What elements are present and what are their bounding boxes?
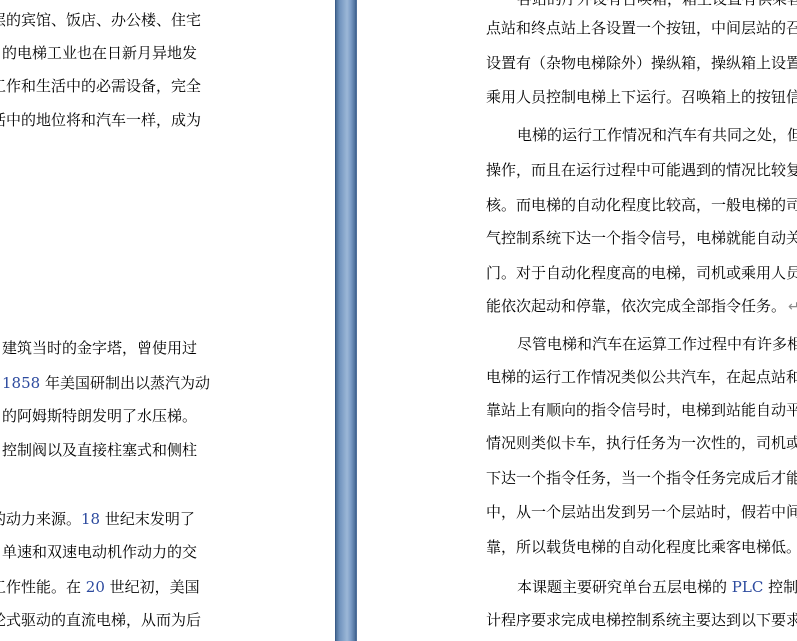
document-view: 层的宾馆、饭店、办公楼、住宅的电梯工业也在日新月异地发工作和生活中的必需设备，完… xyxy=(0,0,797,641)
text-segment: 轮式驱动的直流电梯，从而为后 xyxy=(0,611,201,629)
text-line[interactable]: 本课题主要研究单台五层电梯的 PLC 控制 xyxy=(517,578,797,597)
text-line[interactable]: 的阿姆斯特朗发明了水压梯。 xyxy=(2,407,197,426)
text-segment: 靠，所以载货电梯的自动化程度比乘客电梯低。 xyxy=(486,538,797,556)
text-line[interactable]: 点站和终点站上各设置一个按钮，中间层站的召唤 xyxy=(486,19,797,38)
text-segment: 建筑当时的金字塔，曾使用过 xyxy=(2,339,197,357)
text-segment: 门。对于自动化程度高的电梯，司机或乘用人员只 xyxy=(486,264,797,282)
text-line[interactable]: 层的宾馆、饭店、办公楼、住宅 xyxy=(0,11,201,30)
text-segment: 单速和双速电动机作动力的交 xyxy=(2,543,197,561)
text-line[interactable]: 电梯的运行工作情况和汽车有共同之处，但 xyxy=(517,126,797,145)
text-segment: 世纪末发明了 xyxy=(100,510,195,528)
text-segment: 情况则类似卡车，执行任务为一次性的，司机或 xyxy=(486,434,797,452)
text-segment: 计程序要求完成电梯控制系统主要达到以下要求 xyxy=(486,611,797,629)
text-segment: 工作和生活中的必需设备，完全 xyxy=(0,77,201,95)
text-segment: 操作，而且在运行过程中可能遇到的情况比较复杂 xyxy=(486,161,797,179)
text-line[interactable]: 操作，而且在运行过程中可能遇到的情况比较复杂 xyxy=(486,161,797,180)
text-line[interactable]: 设置有（杂物电梯除外）操纵箱，操纵箱上设置有 xyxy=(486,54,797,73)
page-divider xyxy=(335,0,357,641)
text-line[interactable]: 尽管电梯和汽车在运算工作过程中有许多相 xyxy=(517,335,797,354)
text-line[interactable]: 靠，所以载货电梯的自动化程度比乘客电梯低。 xyxy=(486,538,797,557)
text-segment: 气控制系统下达一个指令信号，电梯就能自动关 xyxy=(486,229,797,247)
text-line[interactable]: 1858 年美国研制出以蒸汽为动 xyxy=(2,374,210,393)
text-line[interactable]: 情况则类似卡车，执行任务为一次性的，司机或 xyxy=(486,434,797,453)
text-segment: 1858 xyxy=(2,374,40,392)
text-line[interactable]: 轮式驱动的直流电梯，从而为后 xyxy=(0,611,201,630)
text-line[interactable]: 中，从一个层站出发到另一个层站时，假若中间 xyxy=(486,503,797,522)
text-segment: 乘用人员控制电梯上下运行。召唤箱上的按钮信号 xyxy=(486,88,797,106)
text-segment: 世纪初，美国 xyxy=(105,578,200,596)
text-line[interactable]: 各站的厅外设有召唤箱，箱上设置有供乘客 xyxy=(517,0,797,9)
text-segment: 18 xyxy=(81,510,100,528)
paragraph-mark-icon: ↵ xyxy=(786,299,797,315)
text-line[interactable]: 能依次起动和停靠，依次完成全部指令任务。↵ xyxy=(486,297,797,317)
text-segment: 能依次起动和停靠，依次完成全部指令任务。 xyxy=(486,297,786,315)
text-segment: 电梯的运行工作情况类似公共汽车，在起点站和停 xyxy=(486,368,797,386)
text-line[interactable]: 靠站上有顺向的指令信号时，电梯到站能自动平稳 xyxy=(486,401,797,420)
text-segment: 本课题主要研究单台五层电梯的 xyxy=(517,578,732,596)
text-segment: 尽管电梯和汽车在运算工作过程中有许多相 xyxy=(517,335,797,353)
text-segment: 层的宾馆、饭店、办公楼、住宅 xyxy=(0,11,201,29)
text-line[interactable]: 的电梯工业也在日新月异地发 xyxy=(2,44,197,63)
text-line[interactable]: 计程序要求完成电梯控制系统主要达到以下要求 xyxy=(486,611,797,630)
text-segment: 控制阀以及直接柱塞式和侧柱 xyxy=(2,441,197,459)
text-segment: 核。而电梯的自动化程度比较高，一般电梯的司机 xyxy=(486,196,797,214)
text-segment: 控制 xyxy=(763,578,797,596)
text-line[interactable]: 门。对于自动化程度高的电梯，司机或乘用人员只 xyxy=(486,264,797,283)
text-segment: PLC xyxy=(732,578,764,596)
text-line[interactable]: 乘用人员控制电梯上下运行。召唤箱上的按钮信号 xyxy=(486,88,797,107)
text-segment: 靠站上有顺向的指令信号时，电梯到站能自动平稳 xyxy=(486,401,797,419)
text-line[interactable]: 气控制系统下达一个指令信号，电梯就能自动关 xyxy=(486,229,797,248)
text-segment: 20 xyxy=(86,578,105,596)
right-page[interactable]: 各站的厅外设有召唤箱，箱上设置有供乘客点站和终点站上各设置一个按钮，中间层站的召… xyxy=(357,0,797,641)
text-segment: 的电梯工业也在日新月异地发 xyxy=(2,44,197,62)
text-segment: 的动力来源。 xyxy=(0,510,81,528)
left-page[interactable]: 层的宾馆、饭店、办公楼、住宅的电梯工业也在日新月异地发工作和生活中的必需设备，完… xyxy=(0,0,335,641)
text-segment: 设置有（杂物电梯除外）操纵箱，操纵箱上设置有 xyxy=(486,54,797,72)
text-segment: 下达一个指令任务，当一个指令任务完成后才能 xyxy=(486,469,797,487)
text-segment: 电梯的运行工作情况和汽车有共同之处，但 xyxy=(517,126,797,144)
text-line[interactable]: 电梯的运行工作情况类似公共汽车，在起点站和停 xyxy=(486,368,797,387)
text-segment: 各站的厅外设有召唤箱，箱上设置有供乘客 xyxy=(517,0,797,8)
text-line[interactable]: 下达一个指令任务，当一个指令任务完成后才能 xyxy=(486,469,797,488)
text-line[interactable]: 工作性能。在 20 世纪初，美国 xyxy=(0,578,200,597)
text-line[interactable]: 工作和生活中的必需设备，完全 xyxy=(0,77,201,96)
text-segment: 中，从一个层站出发到另一个层站时，假若中间 xyxy=(486,503,797,521)
text-segment: 活中的地位将和汽车一样，成为 xyxy=(0,111,201,129)
text-line[interactable]: 控制阀以及直接柱塞式和侧柱 xyxy=(2,441,197,460)
text-line[interactable]: 活中的地位将和汽车一样，成为 xyxy=(0,111,201,130)
text-line[interactable]: 的动力来源。18 世纪末发明了 xyxy=(0,510,195,529)
text-line[interactable]: 单速和双速电动机作动力的交 xyxy=(2,543,197,562)
text-line[interactable]: 核。而电梯的自动化程度比较高，一般电梯的司机 xyxy=(486,196,797,215)
text-segment: 年美国研制出以蒸汽为动 xyxy=(40,374,210,392)
text-segment: 点站和终点站上各设置一个按钮，中间层站的召唤 xyxy=(486,19,797,37)
text-segment: 的阿姆斯特朗发明了水压梯。 xyxy=(2,407,197,425)
text-line[interactable]: 建筑当时的金字塔，曾使用过 xyxy=(2,339,197,358)
text-segment: 工作性能。在 xyxy=(0,578,86,596)
